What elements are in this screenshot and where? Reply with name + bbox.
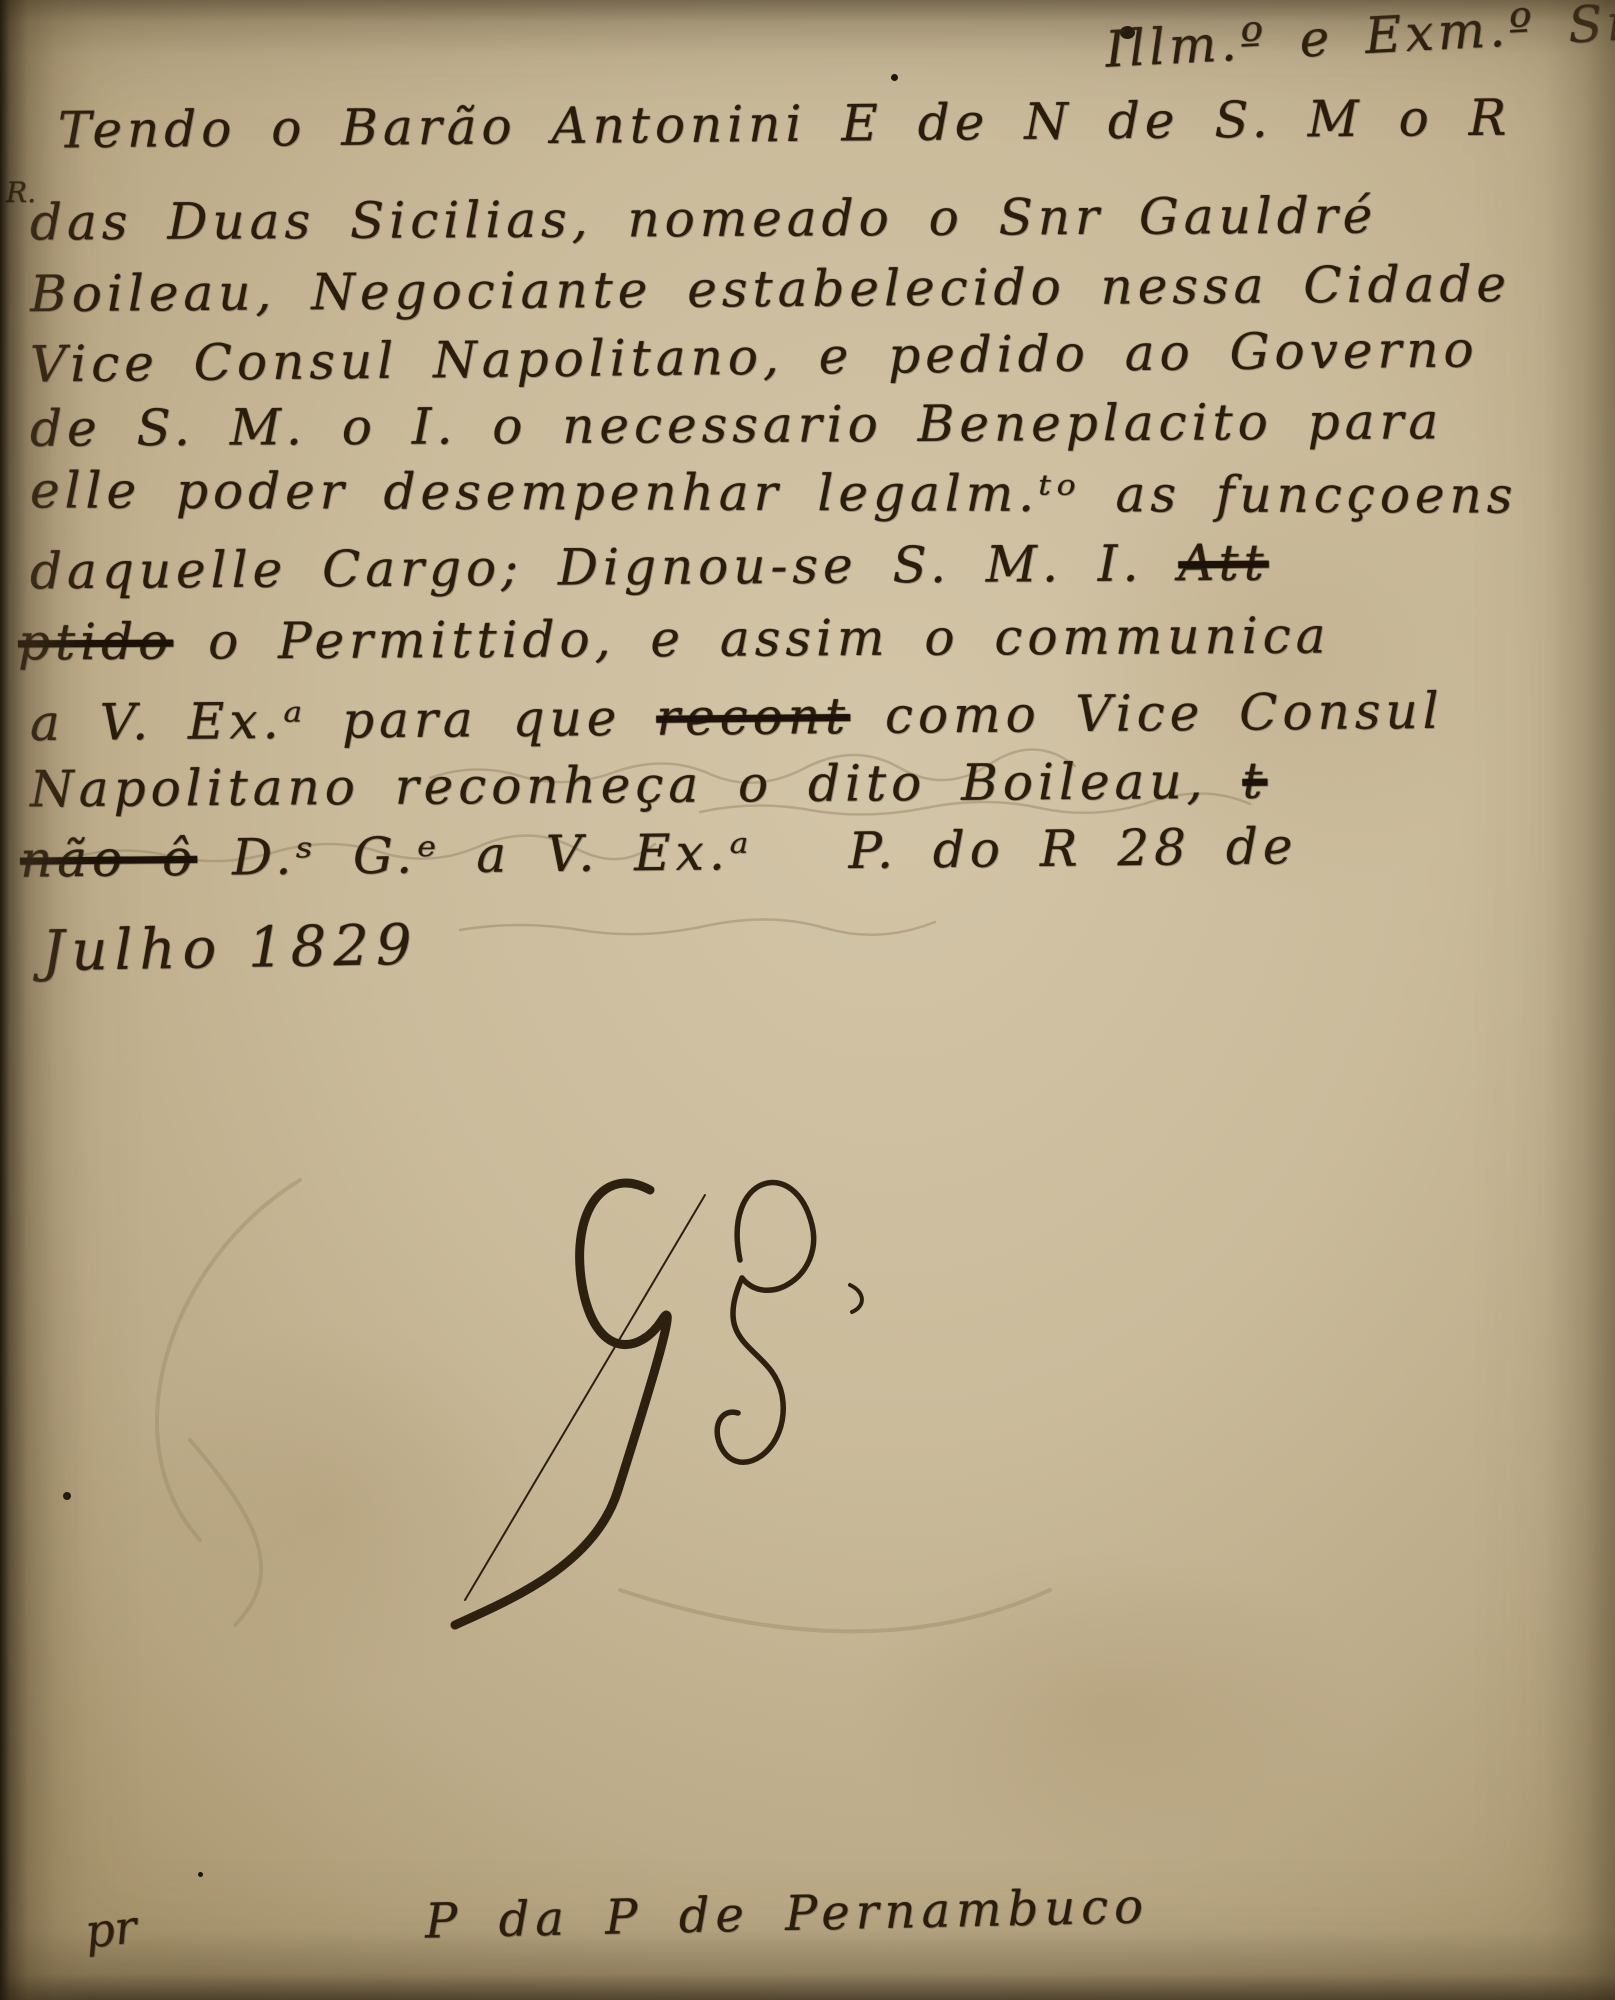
line-text: de S. M. o I. o necessario Beneplacito p… <box>30 392 1444 457</box>
manuscript-line: elle poder desempenhar legalm.ᵗᵒ as func… <box>30 461 1518 524</box>
signature-rubric <box>50 1120 1200 1660</box>
line-text: das Duas Sicilias, nomeado o Snr Gauldré <box>30 186 1378 251</box>
manuscript-line: de S. M. o I. o necessario Beneplacito p… <box>30 392 1444 457</box>
manuscript-line: daquelle Cargo; Dignou-se S. M. I. Att <box>30 534 1269 601</box>
line-text: daquelle Cargo; Dignou-se S. M. I. <box>30 534 1179 600</box>
line-text: Napolitano reconheça o dito Boileau, <box>30 752 1243 818</box>
line-text: o Permittido, e assim o communica <box>173 607 1331 671</box>
manuscript-line: das Duas Sicilias, nomeado o Snr Gauldré <box>30 186 1378 251</box>
line-text: Boileau, Negociante estabelecido nessa C… <box>30 255 1511 323</box>
struck-text: não ô <box>20 829 198 889</box>
date-line: Julho 1829 <box>41 913 419 985</box>
dateline-place: P. do R 28 de <box>848 817 1298 880</box>
line-text: D.ˢ G.ᵉ a V. Ex.ᵃ <box>197 823 754 887</box>
struck-text: t <box>1242 752 1267 810</box>
struck-text: Att <box>1178 534 1269 593</box>
manuscript-line: Napolitano reconheça o dito Boileau, t <box>30 752 1268 819</box>
footer-abbreviation: pr <box>82 1899 139 1958</box>
manuscript-line: ptido o Permittido, e assim o communica <box>18 607 1331 672</box>
line-text: elle poder desempenhar legalm.ᵗᵒ as func… <box>30 461 1518 524</box>
line-text: a V. Ex.ᵃ para que <box>30 689 657 752</box>
struck-text: recont <box>656 687 850 747</box>
manuscript-page: Illm.º e Exm.º Snr R. Tendo o Barão Anto… <box>0 0 1615 2000</box>
manuscript-line: a V. Ex.ᵃ para que recont como Vice Cons… <box>30 682 1444 752</box>
line-text: como Vice Consul <box>850 682 1444 745</box>
struck-text: ptido <box>18 613 174 672</box>
manuscript-line: Boileau, Negociante estabelecido nessa C… <box>30 255 1511 323</box>
